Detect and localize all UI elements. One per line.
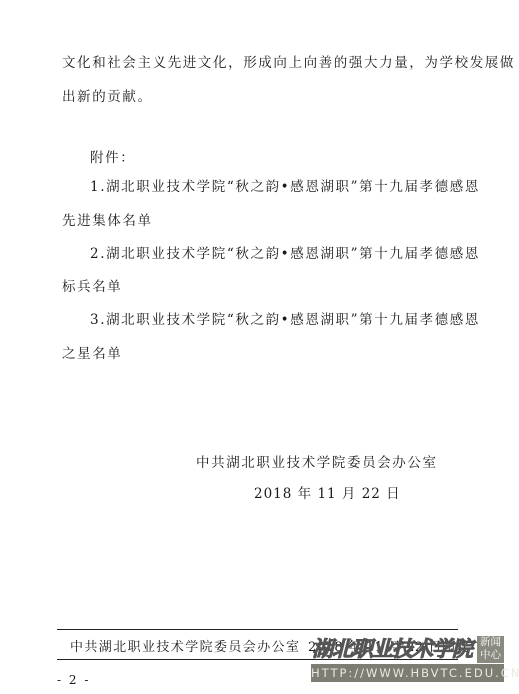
attachment-1-line-1: 1.湖北职业技术学院“秋之韵•感恩湖职”第十九届孝德感恩 (90, 179, 480, 195)
attachment-2-line-2: 标兵名单 (62, 279, 122, 295)
attachment-3-line-2: 之星名单 (62, 346, 122, 362)
footer-issuer: 中共湖北职业技术学院委员会办公室 (70, 636, 300, 655)
badge-line-1: 新闻 (477, 636, 504, 649)
attachment-1-line-2: 先进集体名单 (62, 213, 153, 229)
watermark-logo: 湖北职业技术学院 (312, 633, 472, 663)
page-number: - 2 - (57, 673, 90, 687)
attachments-label: 附件： (90, 150, 135, 166)
attachment-3-line-1: 3.湖北职业技术学院“秋之韵•感恩湖职”第十九届孝德感恩 (90, 312, 480, 328)
paragraph-line-2: 出新的贡献。 (62, 89, 153, 105)
badge-line-2: 中心 (477, 649, 504, 662)
watermark-news-badge: 新闻 中心 (477, 636, 504, 663)
signature: 中共湖北职业技术学院委员会办公室 (196, 455, 438, 471)
paragraph-line-1: 文化和社会主义先进文化，形成向上向善的强大力量，为学校发展做 (62, 55, 515, 71)
footer-top-rule (57, 629, 458, 630)
watermark-url: HTTP://WWW.HBVTC.EDU.CN (311, 664, 504, 682)
attachment-2-line-1: 2.湖北职业技术学院“秋之韵•感恩湖职”第十九届孝德感恩 (90, 246, 480, 262)
signature-date: 2018 年 11 月 22 日 (254, 486, 401, 502)
